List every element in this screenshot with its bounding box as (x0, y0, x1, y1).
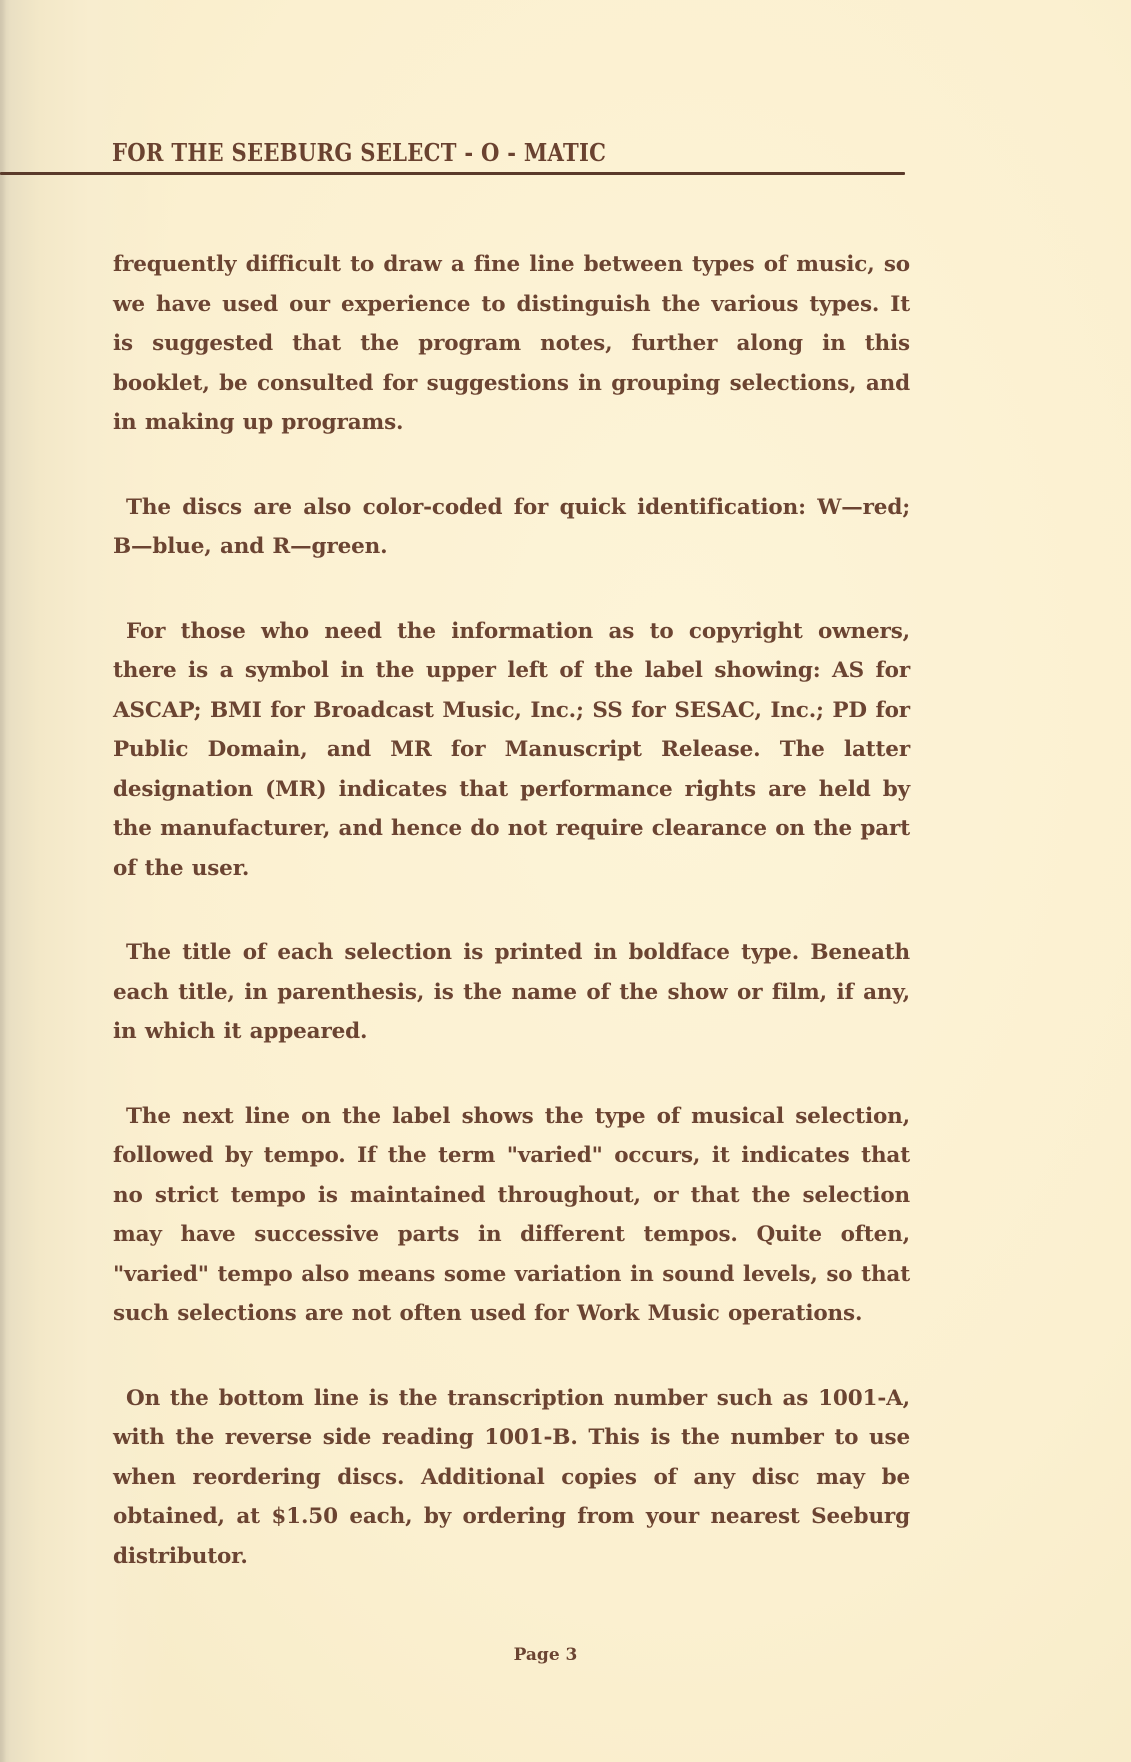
page-number: Page 3 (514, 1645, 578, 1665)
running-head: FOR THE SEEBURG SELECT - O - MATIC (112, 138, 606, 167)
body-text: frequently difficult to draw a fine line… (113, 245, 910, 1621)
paragraph-type-tempo: The next line on the label shows the typ… (113, 1097, 910, 1334)
page-number-container: Page 3 (0, 1645, 1131, 1665)
paragraph-color-coding: The discs are also color-coded for quick… (113, 488, 910, 567)
paragraph-copyright: For those who need the information as to… (113, 612, 910, 889)
binding-shadow (0, 0, 6, 1762)
paragraph-continued: frequently difficult to draw a fine line… (113, 245, 910, 443)
header-rule (0, 172, 905, 175)
paragraph-transcription-number: On the bottom line is the transcription … (113, 1379, 910, 1577)
paragraph-title: The title of each selection is printed i… (113, 933, 910, 1052)
